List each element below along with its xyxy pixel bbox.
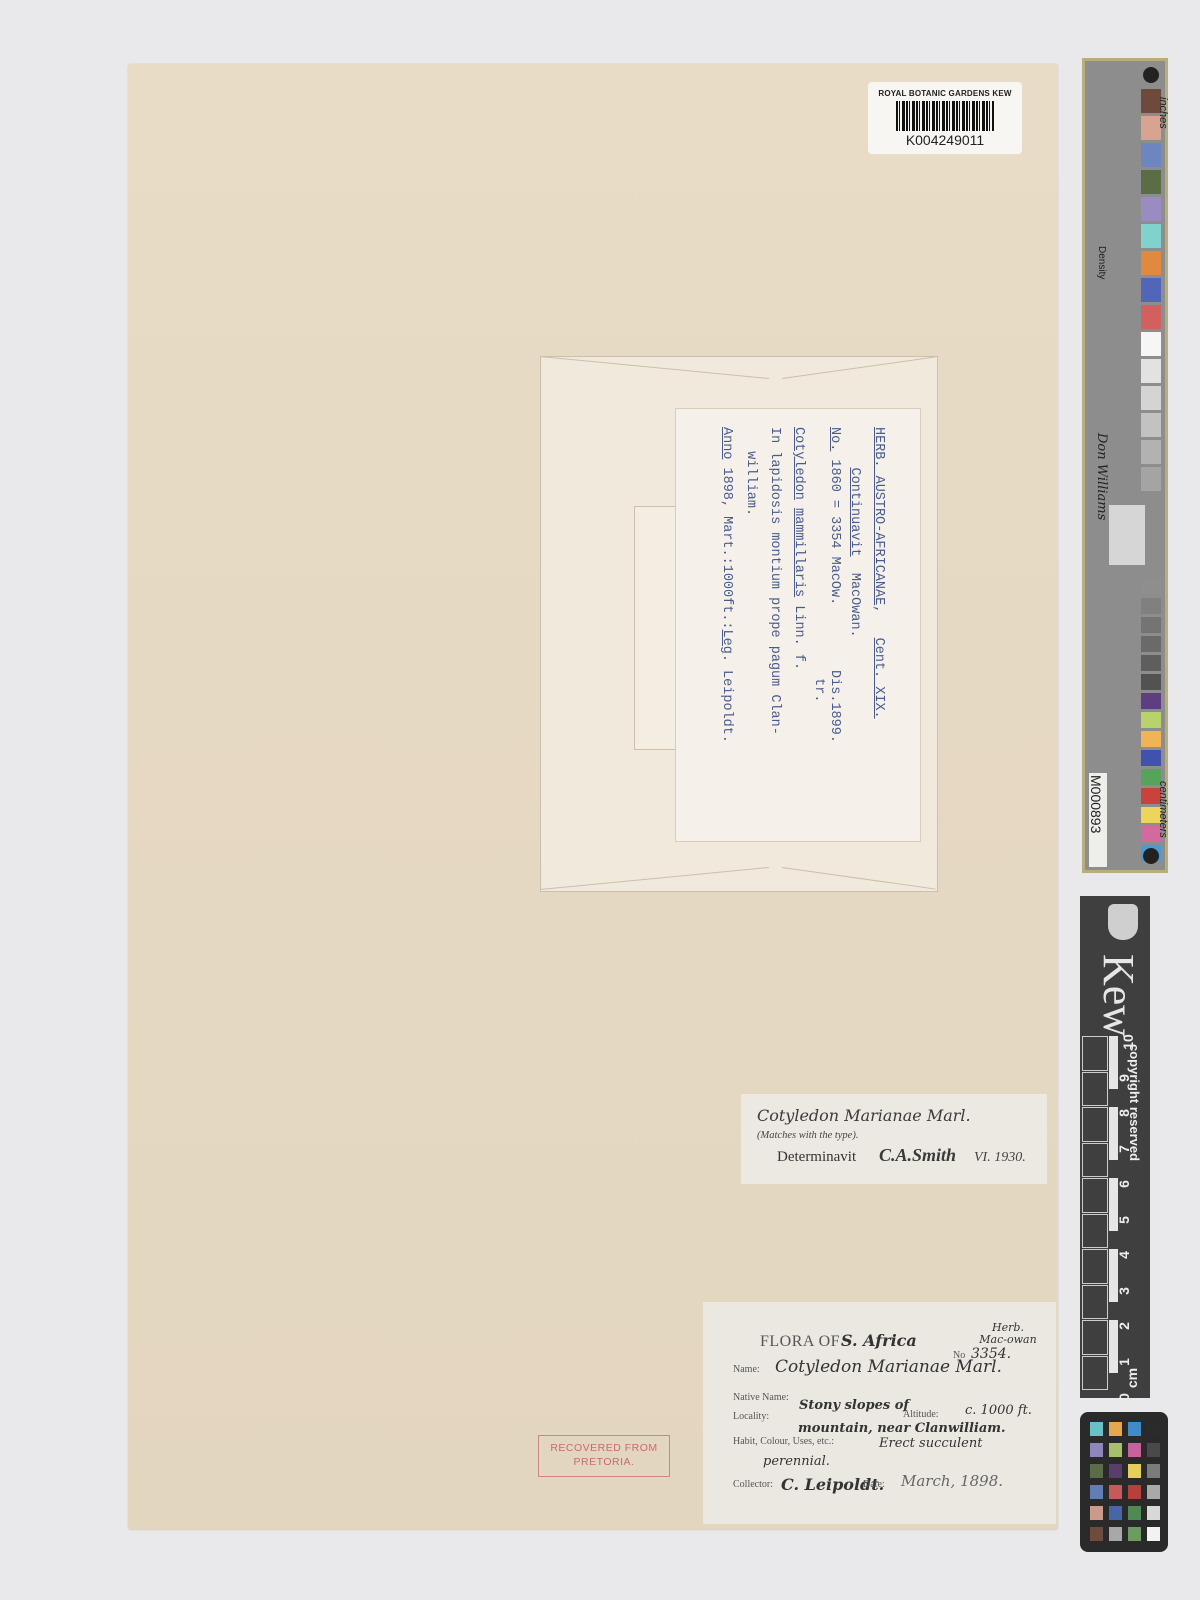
determinavit-label: Determinavit xyxy=(777,1149,856,1166)
scale-number: 6 xyxy=(1116,1180,1132,1188)
inches-label: inches xyxy=(1157,97,1169,129)
typed-line: In lapidosis montium prope pagum Clan- xyxy=(762,427,786,823)
typed-label-text: HERB. AUSTRO-AFRICANAE, Cent. XIX. Conti… xyxy=(676,409,920,841)
checker-patch xyxy=(1147,1506,1160,1520)
checker-patch xyxy=(1147,1422,1160,1436)
collector-label: Collector: xyxy=(733,1479,773,1490)
density-label: Density xyxy=(1096,246,1107,279)
scale-block xyxy=(1082,1143,1108,1178)
color-swatch xyxy=(1141,693,1161,709)
scale-number: 4 xyxy=(1116,1251,1132,1259)
scale-block xyxy=(1082,1036,1108,1071)
stamp-line: RECOVERED FROM xyxy=(539,1441,669,1455)
scale-block xyxy=(1082,1107,1108,1142)
unit-label: cm xyxy=(1124,1368,1140,1388)
color-swatch xyxy=(1141,655,1161,671)
color-density-ruler: inches centimeters Density Don Williams … xyxy=(1082,58,1168,873)
color-swatch xyxy=(1141,332,1161,356)
scale-block xyxy=(1082,1285,1108,1320)
scale-tick xyxy=(1109,1320,1118,1356)
scale-tick xyxy=(1109,1249,1118,1285)
ruler-code: M000893 xyxy=(1088,775,1104,833)
color-swatch xyxy=(1141,712,1161,728)
institution-name: ROYAL BOTANIC GARDENS KEW xyxy=(868,89,1022,98)
scale-tick xyxy=(1109,1214,1118,1232)
locality-line1: Stony slopes of xyxy=(799,1398,909,1413)
scale-block xyxy=(1082,1249,1108,1284)
typed-line: HERB. AUSTRO-AFRICANAE, Cent. XIX. xyxy=(866,427,890,823)
scale-number: 2 xyxy=(1116,1322,1132,1330)
typed-line: tr. xyxy=(810,427,826,823)
registration-dot-icon xyxy=(1143,848,1159,864)
checker-patch xyxy=(1128,1485,1141,1499)
scale-tick xyxy=(1109,1072,1118,1090)
scale-block xyxy=(1082,1072,1108,1107)
typed-line: Continuavit MacOwan. xyxy=(842,427,866,823)
color-swatch xyxy=(1141,598,1161,614)
color-swatch xyxy=(1141,636,1161,652)
color-swatch xyxy=(1141,143,1161,167)
checker-patch xyxy=(1090,1527,1103,1541)
herbarium-name: Herb. Mac-owan xyxy=(978,1322,1038,1346)
color-swatch xyxy=(1141,440,1161,464)
scale-block xyxy=(1082,1178,1108,1213)
name-label: Name: xyxy=(733,1364,760,1375)
flora-title: FLORA OF xyxy=(760,1333,840,1351)
kew-logo: Kew xyxy=(1093,954,1144,1037)
copyright-text: copyright reserved xyxy=(1127,1044,1142,1161)
scale-number: 3 xyxy=(1116,1287,1132,1295)
kew-scale-bar: Kew copyright reserved 109876543210 cm xyxy=(1080,896,1150,1398)
recovered-stamp: RECOVERED FROM PRETORIA. xyxy=(538,1435,670,1477)
habit-label: Habit, Colour, Uses, etc.: xyxy=(733,1436,834,1447)
checker-patch xyxy=(1109,1443,1122,1457)
gray-target xyxy=(1109,505,1145,565)
color-swatch xyxy=(1141,467,1161,491)
determiner-signature: C.A.Smith xyxy=(879,1145,956,1166)
checker-patch xyxy=(1109,1485,1122,1499)
checker-patch xyxy=(1128,1506,1141,1520)
typed-line: No. 1860 = 3354 MacOw. Dis.1899. xyxy=(826,427,842,823)
typed-line: Anno 1898, Mart.:1000ft.:Leg. Leipoldt. xyxy=(714,427,738,823)
scale-tick xyxy=(1109,1178,1118,1214)
scale-number: 5 xyxy=(1116,1216,1132,1224)
locality-label: Locality: xyxy=(733,1411,769,1422)
determined-name: Cotyledon Marianae Marl. xyxy=(757,1106,971,1125)
determination-slip: Cotyledon Marianae Marl. (Matches with t… xyxy=(741,1094,1047,1184)
color-swatch xyxy=(1141,224,1161,248)
maker-signature: Don Williams xyxy=(1094,433,1109,520)
color-swatch xyxy=(1141,386,1161,410)
specimen-name: Cotyledon Marianae Marl. xyxy=(775,1357,1002,1377)
scale-number: 10 xyxy=(1120,1034,1136,1050)
color-swatch xyxy=(1141,750,1161,766)
determination-date: VI. 1930. xyxy=(974,1150,1026,1166)
color-swatch xyxy=(1141,359,1161,383)
color-swatch xyxy=(1141,731,1161,747)
color-swatch xyxy=(1141,617,1161,633)
scale-tick xyxy=(1109,1143,1118,1161)
checker-patch xyxy=(1147,1485,1160,1499)
scale-number: 1 xyxy=(1116,1358,1132,1366)
checker-patch xyxy=(1128,1422,1141,1436)
typed-label-card: HERB. AUSTRO-AFRICANAE, Cent. XIX. Conti… xyxy=(675,408,921,842)
ruler-code-label: M000893 xyxy=(1089,773,1107,867)
scale-number: 0 xyxy=(1116,1393,1132,1401)
checker-patch xyxy=(1147,1527,1160,1541)
scale-block xyxy=(1082,1320,1108,1355)
checker-patch xyxy=(1109,1506,1122,1520)
native-name-label: Native Name: xyxy=(733,1392,789,1403)
registration-dot-icon xyxy=(1143,67,1159,83)
altitude-label: Altitude: xyxy=(903,1409,939,1420)
color-swatch xyxy=(1141,278,1161,302)
scale-number: 8 xyxy=(1116,1109,1132,1117)
date-label: Date: xyxy=(863,1479,885,1490)
color-swatches-top xyxy=(1141,89,1161,494)
checker-patch xyxy=(1090,1485,1103,1499)
checker-patch xyxy=(1128,1527,1141,1541)
habit-line2: perennial. xyxy=(763,1454,830,1469)
checker-patch xyxy=(1090,1443,1103,1457)
checker-patch xyxy=(1090,1464,1103,1478)
checker-patch xyxy=(1109,1464,1122,1478)
color-swatch xyxy=(1141,170,1161,194)
barcode-number: K004249011 xyxy=(868,132,1022,148)
color-swatch xyxy=(1141,674,1161,690)
kew-crest-icon xyxy=(1108,904,1138,940)
checker-patch xyxy=(1109,1422,1122,1436)
color-swatch xyxy=(1141,579,1161,595)
scale-tick xyxy=(1109,1036,1118,1072)
scale-tick xyxy=(1109,1285,1118,1303)
checker-patch xyxy=(1090,1506,1103,1520)
checker-patch xyxy=(1109,1527,1122,1541)
typed-line: Cotyledon mammillaris Linn. f. xyxy=(786,427,810,823)
scale-number: 9 xyxy=(1116,1074,1132,1082)
flora-region: S. Africa xyxy=(841,1331,917,1350)
scale-tick xyxy=(1109,1107,1118,1143)
habit-line1: Erect succulent xyxy=(879,1436,982,1451)
scale-number: 7 xyxy=(1116,1145,1132,1153)
color-checker-card xyxy=(1080,1412,1168,1552)
checker-patch xyxy=(1090,1422,1103,1436)
scale-tick xyxy=(1109,1356,1118,1374)
scale-block xyxy=(1082,1214,1108,1249)
color-swatch xyxy=(1141,413,1161,437)
stamp-line: PRETORIA. xyxy=(539,1455,669,1469)
checker-patch xyxy=(1147,1443,1160,1457)
determination-note: (Matches with the type). xyxy=(757,1130,858,1141)
scale-block xyxy=(1082,1356,1108,1391)
centimeters-label: centimeters xyxy=(1157,781,1169,838)
color-swatch xyxy=(1141,251,1161,275)
collection-date: March, 1898. xyxy=(901,1472,1003,1490)
checker-patch xyxy=(1128,1443,1141,1457)
barcode-label: ROYAL BOTANIC GARDENS KEW K004249011 xyxy=(868,82,1022,154)
flora-label: FLORA OF S. Africa Herb. Mac-owan No 335… xyxy=(703,1302,1056,1524)
barcode-icon xyxy=(896,101,994,131)
locality-line2: mountain, near Clanwilliam. xyxy=(798,1421,1006,1436)
checker-patch xyxy=(1147,1464,1160,1478)
color-swatch xyxy=(1141,305,1161,329)
color-swatch xyxy=(1141,197,1161,221)
typed-line: william. xyxy=(738,427,762,823)
altitude-value: c. 1000 ft. xyxy=(965,1403,1032,1418)
checker-patch xyxy=(1128,1464,1141,1478)
